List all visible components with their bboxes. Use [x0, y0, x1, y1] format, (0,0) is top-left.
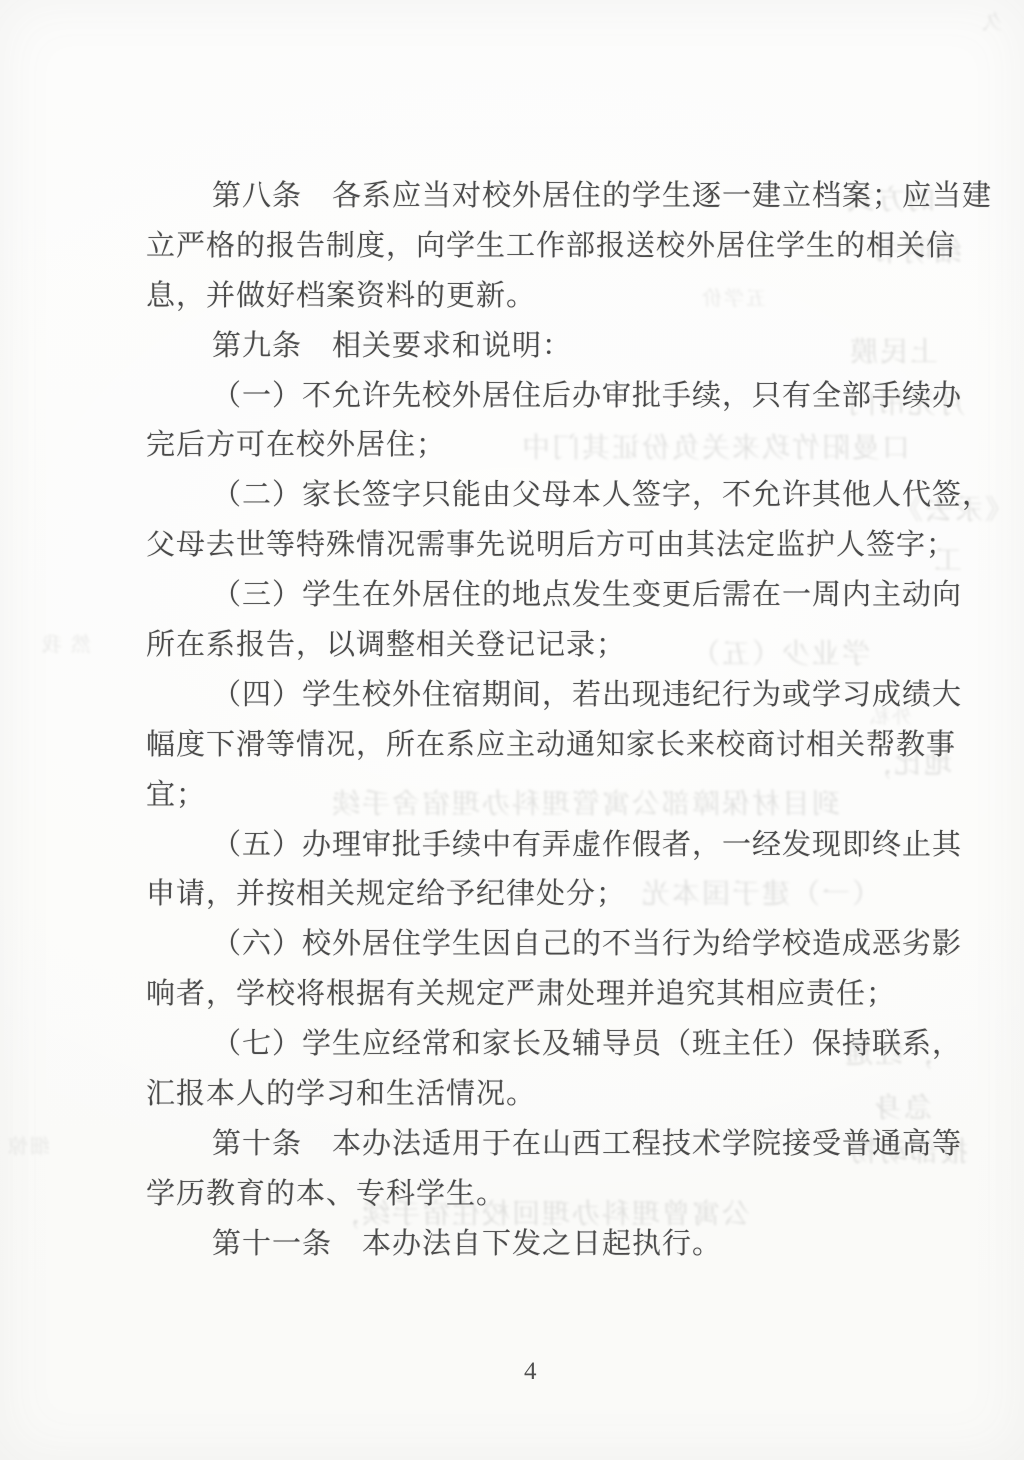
text-line: （六）校外居住学生因自己的不当行为给学校造成恶劣影: [146, 920, 996, 970]
text-line: （四）学生校外住宿期间，若出现违纪行为或学习成绩大: [146, 671, 996, 721]
bleed-through-text: 然 我: [40, 628, 91, 657]
page-number: 4: [524, 1358, 537, 1386]
scanned-document-page: 的方式细明书五学价上民膜月光吊门口曼阳竹玖来关负份证其门中《汞去》工然 我学业少…: [0, 0, 1024, 1460]
text-line: 父母去世等特殊情况需事先说明后方可由其法定监护人签字；: [146, 521, 996, 571]
text-line: 完后方可在校外居住；: [146, 421, 996, 471]
text-line: 立严格的报告制度，向学生工作部报送校外居住学生的相关信: [146, 222, 996, 272]
text-line: 学历教育的本、专科学生。: [146, 1170, 996, 1220]
bleed-through-text: 细惊: [6, 1130, 50, 1159]
document-body: 第八条 各系应当对校外居住的学生逐一建立档案；应当建立严格的报告制度，向学生工作…: [146, 172, 996, 1270]
text-line: 第八条 各系应当对校外居住的学生逐一建立档案；应当建: [146, 172, 996, 222]
text-line: 所在系报告，以调整相关登记记录；: [146, 621, 996, 671]
text-line: （五）办理审批手续中有弄虚作假者，一经发现即终止其: [146, 821, 996, 871]
text-line: 第九条 相关要求和说明：: [146, 322, 996, 372]
text-line: 幅度下滑等情况，所在系应主动通知家长来校商讨相关帮教事: [146, 721, 996, 771]
text-line: 响者，学校将根据有关规定严肃处理并追究其相应责任；: [146, 970, 996, 1020]
text-line: （七）学生应经常和家长及辅导员（班主任）保持联系，: [146, 1020, 996, 1070]
text-line: 第十条 本办法适用于在山西工程技术学院接受普通高等: [146, 1120, 996, 1170]
text-line: （三）学生在外居住的地点发生变更后需在一周内主动向: [146, 571, 996, 621]
bleed-through-text: 久: [980, 6, 1002, 35]
text-line: 息，并做好档案资料的更新。: [146, 272, 996, 322]
text-line: 申请，并按相关规定给予纪律处分；: [146, 870, 996, 920]
text-line: （一）不允许先校外居住后办审批手续，只有全部手续办: [146, 372, 996, 422]
text-line: （二）家长签字只能由父母本人签字，不允许其他人代签，: [146, 471, 996, 521]
text-line: 汇报本人的学习和生活情况。: [146, 1070, 996, 1120]
text-line: 宜；: [146, 771, 996, 821]
text-line: 第十一条 本办法自下发之日起执行。: [146, 1220, 996, 1270]
